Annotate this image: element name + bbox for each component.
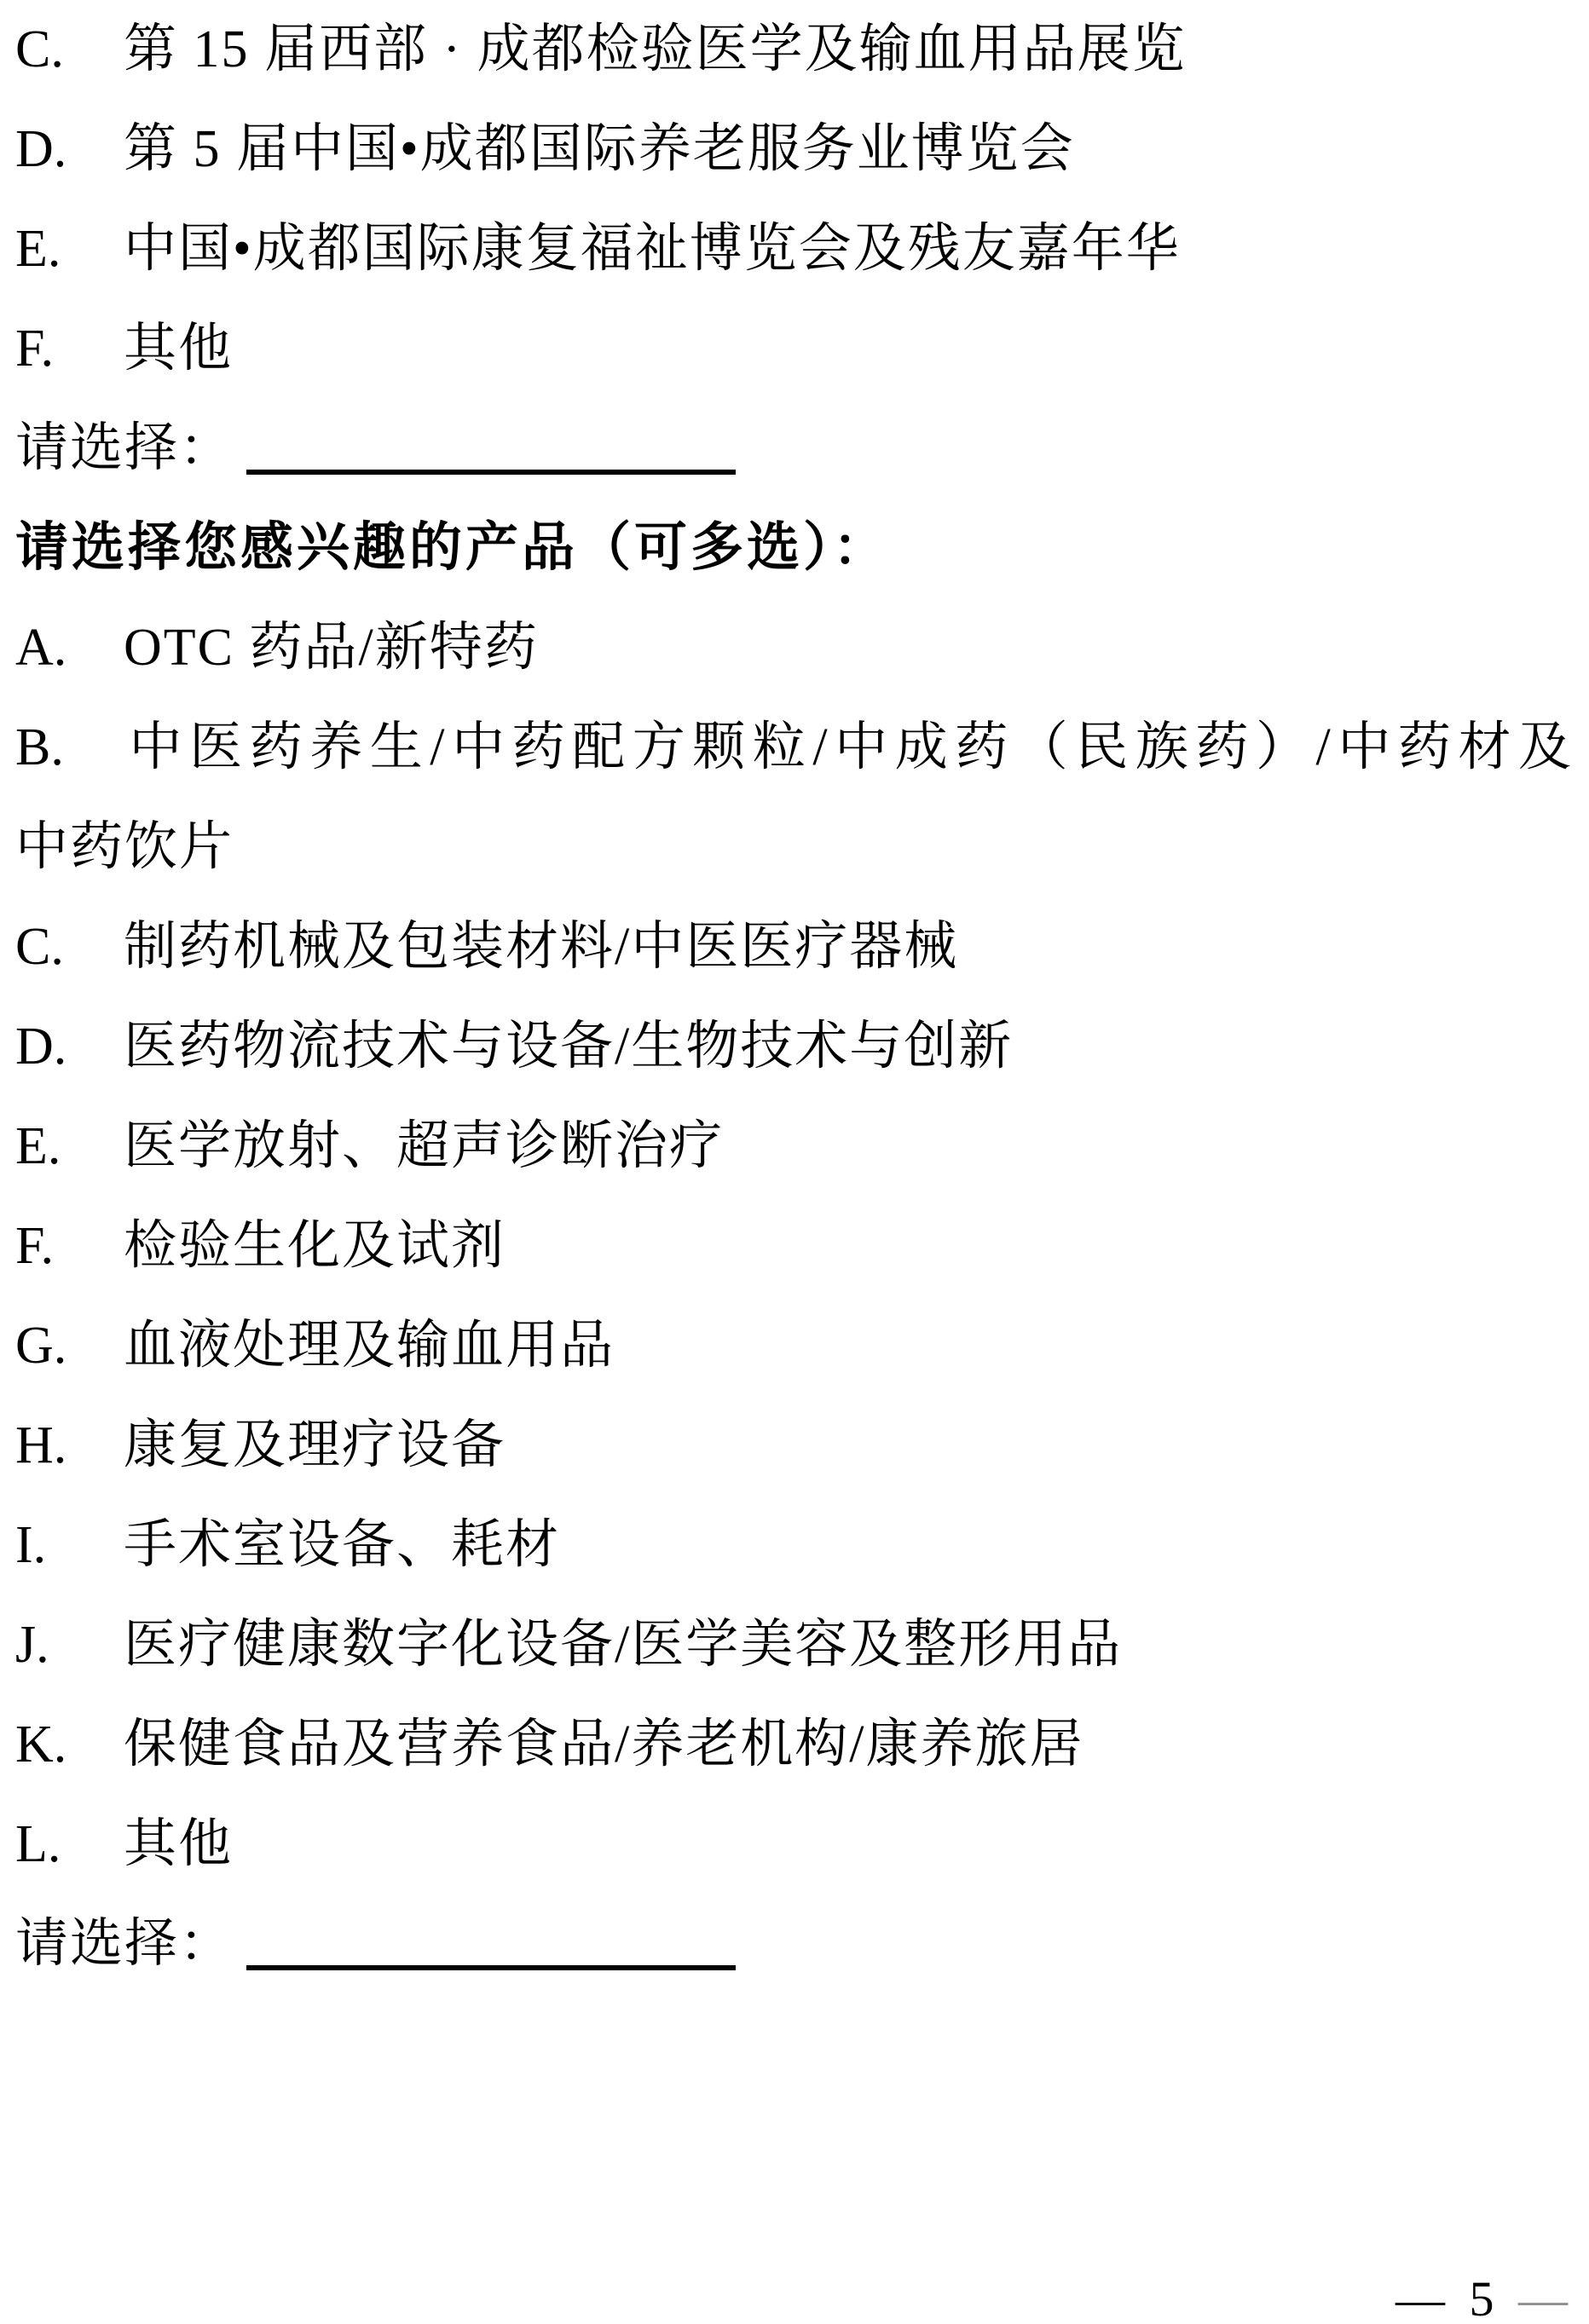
document-body: C.第 15 届西部 · 成都检验医学及输血用品展览 D.第 5 届中国•成都国… (15, 0, 1573, 1994)
product-option-i-row: I.手术室设备、耗材 (15, 1496, 1573, 1595)
document-page: C.第 15 届西部 · 成都检验医学及输血用品展览 D.第 5 届中国•成都国… (0, 0, 1589, 2324)
option-letter: E. (15, 199, 124, 299)
product-option-b-wrap-line: 中药饮片 (15, 798, 1573, 897)
exhibition-option-f-row: F.其他 (15, 299, 1573, 399)
option-text: 其他 (124, 1815, 233, 1873)
option-letter: F. (15, 299, 124, 399)
option-letter: E. (15, 1097, 124, 1197)
option-text: 血液处理及输血用品 (124, 1317, 615, 1375)
option-text: OTC 药品/新特药 (124, 619, 539, 677)
product-option-h-row: H.康复及理疗设备 (15, 1396, 1573, 1496)
option-text: 第 15 届西部 · 成都检验医学及输血用品展览 (124, 20, 1187, 78)
option-letter: D. (15, 997, 124, 1097)
option-letter: C. (15, 897, 124, 997)
option-letter: D. (15, 100, 124, 199)
option-letter: H. (15, 1396, 124, 1496)
product-option-l-row: L.其他 (15, 1795, 1573, 1894)
products-fill-in-row: 请选择： (15, 1894, 1573, 1994)
option-text: 其他 (124, 320, 233, 378)
page-number: — 5 — (1395, 2270, 1574, 2324)
exhibition-option-e-row: E.中国•成都国际康复福祉博览会及残友嘉年华 (15, 199, 1573, 299)
option-text: 第 5 届中国•成都国际养老服务业博览会 (124, 120, 1075, 178)
option-letter: K. (15, 1695, 124, 1795)
option-letter: A. (15, 598, 124, 698)
exhibition-option-d-row: D.第 5 届中国•成都国际养老服务业博览会 (15, 100, 1573, 199)
fill-in-label: 请选择： (15, 1915, 234, 1973)
exhibition-option-c-row: C.第 15 届西部 · 成都检验医学及输血用品展览 (15, 0, 1573, 100)
page-number-value: 5 (1470, 2271, 1500, 2324)
option-text: 康复及理疗设备 (124, 1416, 506, 1474)
option-text: 制药机械及包装材料/中医医疗器械 (124, 918, 958, 976)
option-letter: B. (15, 698, 124, 798)
fill-in-label: 请选择： (15, 419, 234, 477)
product-option-d-row: D.医药物流技术与设备/生物技术与创新 (15, 997, 1573, 1097)
exhibition-fill-in-row: 请选择： (15, 399, 1573, 499)
option-letter: C. (15, 0, 124, 100)
option-text: 医药物流技术与设备/生物技术与创新 (124, 1018, 1013, 1075)
product-option-f-row: F.检验生化及试剂 (15, 1197, 1573, 1296)
product-option-j-row: J.医疗健康数字化设备/医学美容及整形用品 (15, 1595, 1573, 1695)
products-question-heading: 请选择您感兴趣的产品（可多选）： (15, 499, 1573, 598)
option-text: 检验生化及试剂 (124, 1217, 506, 1275)
option-text: 医疗健康数字化设备/医学美容及整形用品 (124, 1616, 1122, 1674)
page-number-dash-left: — (1395, 2271, 1451, 2324)
option-letter: G. (15, 1296, 124, 1396)
option-text: 中国•成都国际康复福祉博览会及残友嘉年华 (124, 220, 1181, 278)
products-fill-blank[interactable] (246, 1923, 736, 1970)
product-option-a-row: A.OTC 药品/新特药 (15, 598, 1573, 698)
option-letter: F. (15, 1197, 124, 1296)
product-option-c-row: C.制药机械及包装材料/中医医疗器械 (15, 897, 1573, 997)
option-letter: L. (15, 1795, 124, 1894)
option-text: 医学放射、超声诊断治疗 (124, 1117, 724, 1175)
option-text: 手术室设备、耗材 (124, 1516, 560, 1574)
product-option-e-row: E.医学放射、超声诊断治疗 (15, 1097, 1573, 1197)
product-option-b-row: B.中医药养生/中药配方颗粒/中成药（民族药）/中药材及 (15, 698, 1573, 798)
page-number-dash-right: — (1518, 2271, 1574, 2324)
product-option-g-row: G.血液处理及输血用品 (15, 1296, 1573, 1396)
product-option-k-row: K.保健食品及营养食品/养老机构/康养旅居 (15, 1695, 1573, 1795)
option-letter: J. (15, 1595, 124, 1695)
option-text: 保健食品及营养食品/养老机构/康养旅居 (124, 1716, 1083, 1773)
option-letter: I. (15, 1496, 124, 1595)
exhibition-fill-blank[interactable] (246, 427, 736, 475)
option-text: 中医药养生/中药配方颗粒/中成药（民族药）/中药材及 (124, 718, 1573, 776)
